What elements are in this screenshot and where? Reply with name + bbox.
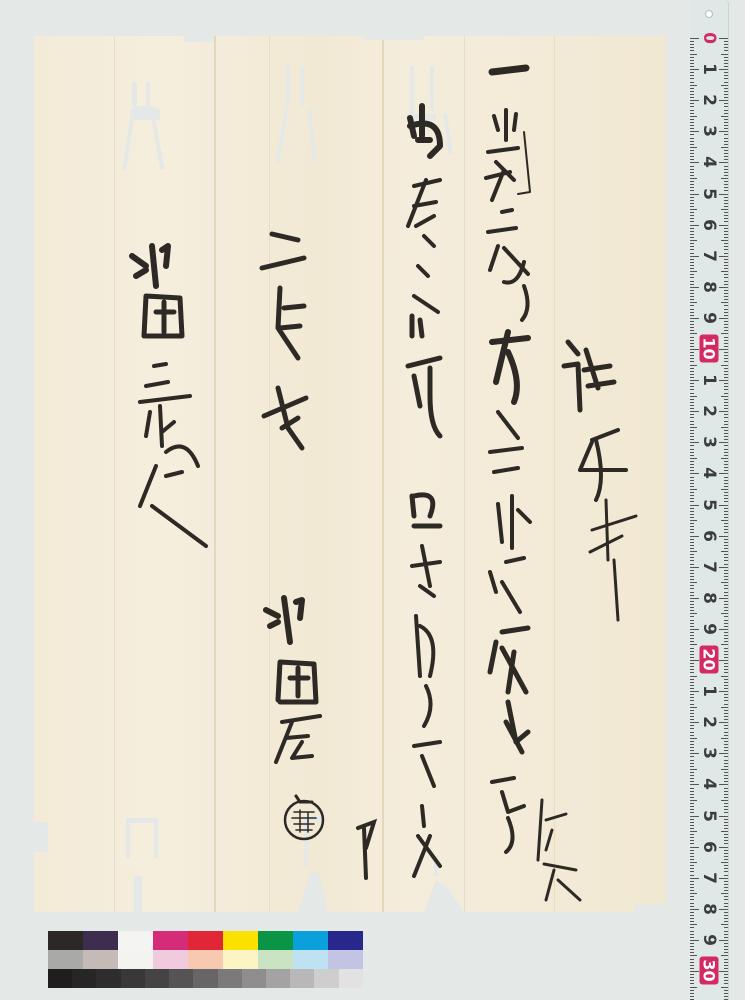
ruler-tick — [724, 82, 728, 83]
ruler-tick — [724, 710, 728, 711]
ruler-tick — [690, 113, 694, 114]
ruler-tick — [724, 915, 728, 916]
ruler-tick — [724, 616, 728, 617]
ruler-tick — [690, 194, 699, 195]
ruler-tick — [690, 644, 697, 645]
ruler-tick — [721, 333, 728, 334]
tear-damage — [132, 82, 137, 108]
ruler-tick — [690, 296, 694, 297]
ruler-tick — [724, 685, 728, 686]
ruler-tick — [690, 887, 694, 888]
ruler-tick — [724, 50, 728, 51]
ruler-tick — [690, 508, 694, 509]
ruler-tick — [719, 940, 728, 941]
ruler-tick — [690, 769, 697, 770]
ruler-tick — [724, 903, 728, 904]
ruler-tick — [690, 212, 694, 213]
ruler-tick — [690, 890, 694, 891]
ruler-tick — [690, 206, 694, 207]
ruler-tick — [719, 256, 728, 257]
ruler-tick — [690, 299, 694, 300]
tear-damage — [364, 36, 424, 40]
color-patch — [48, 950, 83, 969]
ruler-tick — [690, 719, 694, 720]
ruler-tick — [724, 632, 728, 633]
ruler-tick — [724, 657, 728, 658]
ruler-tick — [690, 386, 694, 387]
ruler-tick — [690, 122, 694, 123]
ruler-tick — [724, 169, 728, 170]
ruler-label: 3 — [699, 428, 719, 456]
ruler-tick — [690, 47, 694, 48]
ruler-tick — [724, 648, 728, 649]
ruler-tick — [690, 159, 694, 160]
handwritten-column-body-1: 一 小判 一両也 右ハ金 旺 修復 相済 候 — [478, 52, 578, 886]
ruler-tick — [690, 116, 697, 117]
ruler-tick — [724, 134, 728, 135]
tear-damage — [300, 66, 304, 106]
ruler-tick — [724, 215, 728, 216]
color-patch — [223, 931, 258, 950]
ruler-tick — [724, 843, 728, 844]
ruler-tick — [724, 934, 728, 935]
ruler-tick — [690, 694, 694, 695]
ruler-label: 7 — [699, 864, 719, 892]
ruler-tick — [690, 393, 694, 394]
ruler-tick — [690, 94, 694, 95]
ruler-tick — [724, 927, 728, 928]
ruler-tick — [690, 361, 694, 362]
ruler-tick — [724, 237, 728, 238]
ruler-tick — [690, 912, 694, 913]
ruler-tick — [690, 564, 694, 565]
ruler-tick — [724, 542, 728, 543]
ruler-tick — [690, 489, 697, 490]
ruler-tick — [690, 365, 697, 366]
ruler-tick — [724, 265, 728, 266]
ruler-tick — [724, 461, 728, 462]
ruler-label: 3 — [699, 739, 719, 767]
ruler-tick — [690, 231, 694, 232]
ruler-tick — [690, 166, 694, 167]
ruler-tick — [690, 753, 699, 754]
ruler-tick — [724, 682, 728, 683]
color-patch — [293, 950, 328, 969]
color-patch — [83, 950, 118, 969]
tear-damage — [126, 818, 156, 823]
ruler-tick — [690, 666, 694, 667]
ruler-tick — [721, 520, 728, 521]
ruler-tick — [724, 122, 728, 123]
ruler-tick — [690, 144, 694, 145]
ruler-tick — [724, 747, 728, 748]
ruler-tick — [690, 277, 694, 278]
ruler-tick — [724, 744, 728, 745]
ruler-tick — [721, 676, 728, 677]
color-patch — [153, 950, 188, 969]
ruler-tick — [690, 766, 694, 767]
ruler-tick — [690, 613, 697, 614]
ruler-tick — [690, 607, 694, 608]
ruler-tick — [690, 629, 699, 630]
ruler-tick — [721, 489, 728, 490]
ruler-tick — [724, 181, 728, 182]
ruler-tick — [690, 190, 694, 191]
ruler-tick — [690, 97, 694, 98]
ruler-tick — [724, 284, 728, 285]
ruler-tick — [690, 896, 694, 897]
ruler-label: 8 — [699, 584, 719, 612]
ruler-tick — [690, 837, 694, 838]
ruler-tick — [690, 405, 694, 406]
ruler-tick — [690, 411, 699, 412]
ruler-tick — [724, 728, 728, 729]
color-patch — [328, 950, 363, 969]
ruler-tick — [724, 305, 728, 306]
ruler-tick — [724, 44, 728, 45]
ruler-tick — [690, 965, 694, 966]
ruler-tick — [724, 604, 728, 605]
ruler-tick — [724, 138, 728, 139]
ruler-tick — [690, 492, 694, 493]
ruler-tick — [724, 60, 728, 61]
ruler-tick — [690, 672, 694, 673]
ruler-tick — [724, 741, 728, 742]
ruler-tick — [690, 744, 694, 745]
ruler-tick — [690, 554, 694, 555]
ruler-tick — [724, 837, 728, 838]
ruler-tick — [690, 576, 694, 577]
ruler-label: 2 — [699, 397, 719, 425]
ruler-tick — [690, 274, 694, 275]
ruler-tick — [690, 663, 694, 664]
ruler-tick — [690, 380, 699, 381]
ruler-tick — [724, 433, 728, 434]
ruler-tick — [690, 520, 697, 521]
ruler-tick — [690, 318, 699, 319]
color-patch — [83, 931, 118, 950]
ruler-tick — [724, 766, 728, 767]
ruler-tick — [724, 532, 728, 533]
ruler-tick — [721, 396, 728, 397]
ruler-tick — [724, 570, 728, 571]
ruler-tick — [724, 794, 728, 795]
ruler-tick — [690, 153, 694, 154]
ruler-tick — [690, 843, 694, 844]
ruler-tick — [721, 800, 728, 801]
ruler-tick — [719, 131, 728, 132]
ruler-tick — [724, 996, 728, 997]
color-patch — [218, 969, 242, 988]
ruler-tick — [724, 610, 728, 611]
ruler-label: 20 — [700, 646, 719, 674]
ruler-tick — [724, 592, 728, 593]
ruler-tick — [690, 75, 694, 76]
ruler-tick — [690, 529, 694, 530]
color-patch — [188, 931, 223, 950]
ruler-tick — [724, 756, 728, 757]
tear-damage — [123, 120, 134, 170]
color-patch — [290, 969, 314, 988]
ruler-tick — [721, 458, 728, 459]
ruler-tick — [724, 713, 728, 714]
color-patch — [339, 969, 363, 988]
ruler-tick — [690, 588, 694, 589]
ruler-tick — [724, 315, 728, 316]
ruler-tick — [721, 769, 728, 770]
ruler-tick — [724, 980, 728, 981]
ruler-label: 0 — [699, 24, 719, 52]
ruler-tick — [690, 974, 694, 975]
ruler-tick — [690, 700, 694, 701]
ruler-tick — [724, 424, 728, 425]
ruler-tick — [724, 501, 728, 502]
ruler-tick — [724, 206, 728, 207]
color-patch — [72, 969, 96, 988]
ruler-label: 1 — [699, 55, 719, 83]
ruler-tick — [690, 940, 699, 941]
ruler-tick — [690, 952, 694, 953]
ruler-tick — [690, 327, 694, 328]
ruler-tick — [724, 119, 728, 120]
ruler-tick — [690, 679, 694, 680]
ruler-tick — [690, 203, 694, 204]
ruler-tick — [690, 800, 697, 801]
ruler-tick — [690, 455, 694, 456]
ruler-tick — [724, 249, 728, 250]
ruler-tick — [724, 952, 728, 953]
ruler-tick — [690, 268, 694, 269]
ruler-tick — [690, 85, 697, 86]
ruler-tick — [690, 545, 694, 546]
ruler-tick — [724, 781, 728, 782]
ruler-tick — [724, 775, 728, 776]
ruler-tick — [724, 579, 728, 580]
ruler-tick — [719, 722, 728, 723]
ruler-tick — [724, 483, 728, 484]
ruler-tick — [690, 253, 694, 254]
ruler-tick — [724, 585, 728, 586]
color-patch — [48, 969, 72, 988]
ruler-tick — [724, 495, 728, 496]
ruler-tick — [690, 856, 694, 857]
ruler-tick — [724, 125, 728, 126]
ruler-tick — [724, 965, 728, 966]
ruler-tick — [690, 794, 694, 795]
ruler-tick — [719, 816, 728, 817]
ruler-tick — [724, 190, 728, 191]
ruler-tick — [690, 352, 694, 353]
ruler-tick — [724, 514, 728, 515]
ruler-tick — [690, 971, 699, 972]
ruler-tick — [690, 408, 694, 409]
ruler-tick — [690, 691, 699, 692]
ruler-tick — [690, 66, 694, 67]
ruler-tick — [690, 635, 694, 636]
ruler-tick — [690, 946, 694, 947]
tear-damage — [286, 66, 290, 106]
ruler-tick — [724, 918, 728, 919]
ruler-tick — [690, 937, 694, 938]
ruler-tick — [690, 962, 694, 963]
ruler-tick — [724, 374, 728, 375]
ruler-tick — [690, 69, 699, 70]
ruler-tick — [724, 203, 728, 204]
ruler-tick — [724, 641, 728, 642]
ruler-tick — [721, 644, 728, 645]
ruler-tick — [690, 760, 694, 761]
ruler-tick — [724, 321, 728, 322]
ruler-tick — [690, 467, 694, 468]
color-patch — [96, 969, 120, 988]
ruler-tick — [690, 526, 694, 527]
ruler-tick — [724, 405, 728, 406]
ruler-tick — [690, 452, 694, 453]
ruler-tick — [721, 271, 728, 272]
ruler-tick — [690, 601, 694, 602]
ruler-tick — [690, 784, 699, 785]
ruler-label: 8 — [699, 895, 719, 923]
ruler-tick — [724, 825, 728, 826]
ruler-tick — [690, 343, 694, 344]
color-patch — [258, 950, 293, 969]
ruler-tick — [724, 386, 728, 387]
ruler-tick — [724, 732, 728, 733]
ruler-tick — [724, 822, 728, 823]
handwritten-column-date: 二月 吉 — [258, 228, 318, 432]
ruler-label: 10 — [700, 335, 719, 363]
ruler-tick — [690, 287, 699, 288]
ruler-tick — [690, 156, 694, 157]
color-patch — [145, 969, 169, 988]
ruler-tick — [690, 389, 694, 390]
ruler-label: 4 — [699, 459, 719, 487]
ruler-tick — [690, 473, 699, 474]
ruler-tick — [690, 237, 694, 238]
tear-damage — [146, 82, 150, 106]
ruler-tick — [690, 265, 694, 266]
ruler-tick — [690, 806, 694, 807]
ruler-tick — [690, 147, 697, 148]
ruler-tick — [690, 50, 694, 51]
ruler-tick — [724, 352, 728, 353]
ruler-tick — [721, 147, 728, 148]
ruler-tick — [719, 194, 728, 195]
ruler-tick — [724, 477, 728, 478]
ruler-tick — [724, 150, 728, 151]
ruler-tick — [690, 791, 694, 792]
ruler-tick — [721, 54, 728, 55]
ruler-tick — [690, 542, 694, 543]
ruler-tick — [690, 968, 694, 969]
ruler-tick — [721, 582, 728, 583]
handwritten-column-body-2: 尚 書 之 以 … — [400, 96, 480, 880]
ruler-tick — [690, 539, 694, 540]
ruler-tick — [724, 977, 728, 978]
ruler-tick — [690, 218, 694, 219]
ruler-tick — [724, 700, 728, 701]
ruler-tick — [724, 455, 728, 456]
color-patch — [121, 969, 145, 988]
ruler-tick — [690, 374, 694, 375]
ruler-label: 2 — [699, 86, 719, 114]
ruler-tick — [690, 358, 694, 359]
ruler-tick — [690, 868, 694, 869]
ruler-tick — [719, 505, 728, 506]
ruler-label: 6 — [699, 522, 719, 550]
ruler-tick — [724, 393, 728, 394]
ruler-tick — [721, 551, 728, 552]
ruler-tick — [724, 871, 728, 872]
color-patch — [169, 969, 193, 988]
ruler-tick — [690, 927, 694, 928]
ruler-tick — [690, 822, 694, 823]
ruler-tick — [724, 588, 728, 589]
ruler-tick — [721, 365, 728, 366]
ruler-tick — [721, 240, 728, 241]
tear-damage — [134, 876, 142, 912]
ruler-tick — [724, 508, 728, 509]
color-patch — [266, 969, 290, 988]
ruler-tick — [724, 853, 728, 854]
ruler-tick — [724, 371, 728, 372]
ruler-tick — [724, 346, 728, 347]
tear-damage — [184, 36, 214, 42]
ruler-tick — [724, 896, 728, 897]
ruler-tick — [690, 436, 694, 437]
ruler-tick — [690, 284, 694, 285]
ruler-tick — [724, 834, 728, 835]
ruler-tick — [724, 828, 728, 829]
ruler-tick — [719, 349, 728, 350]
ruler-tick — [719, 660, 728, 661]
ruler-tick — [724, 166, 728, 167]
color-patch — [48, 931, 83, 950]
ruler-tick — [724, 868, 728, 869]
ruler-tick — [690, 713, 694, 714]
ruler-tick — [724, 399, 728, 400]
ruler-tick — [690, 138, 694, 139]
ruler-tick — [724, 343, 728, 344]
ruler-tick — [690, 464, 694, 465]
ruler-tick — [690, 819, 694, 820]
ruler-tick — [724, 595, 728, 596]
ruler-tick — [719, 691, 728, 692]
ruler-tick — [690, 990, 694, 991]
ruler-tick — [724, 187, 728, 188]
ruler-tick — [690, 735, 694, 736]
ruler-tick — [690, 505, 699, 506]
ruler-tick — [724, 959, 728, 960]
ruler-tick — [690, 641, 694, 642]
ruler-tick — [719, 878, 728, 879]
ruler-tick — [724, 212, 728, 213]
ruler-tick — [690, 875, 694, 876]
color-patch — [328, 931, 363, 950]
tear-damage — [130, 106, 160, 120]
ruler-tick — [724, 679, 728, 680]
ruler-tick — [724, 231, 728, 232]
ruler-tick — [690, 302, 697, 303]
ruler-tick — [690, 750, 694, 751]
color-patch — [118, 950, 153, 969]
ruler-tick — [690, 921, 694, 922]
ruler-tick — [690, 732, 694, 733]
ruler-tick — [721, 178, 728, 179]
handwritten-column-signer: 塩田 秀 — [262, 592, 342, 776]
ruler-tick — [690, 477, 694, 478]
ruler-label: 30 — [700, 957, 719, 985]
